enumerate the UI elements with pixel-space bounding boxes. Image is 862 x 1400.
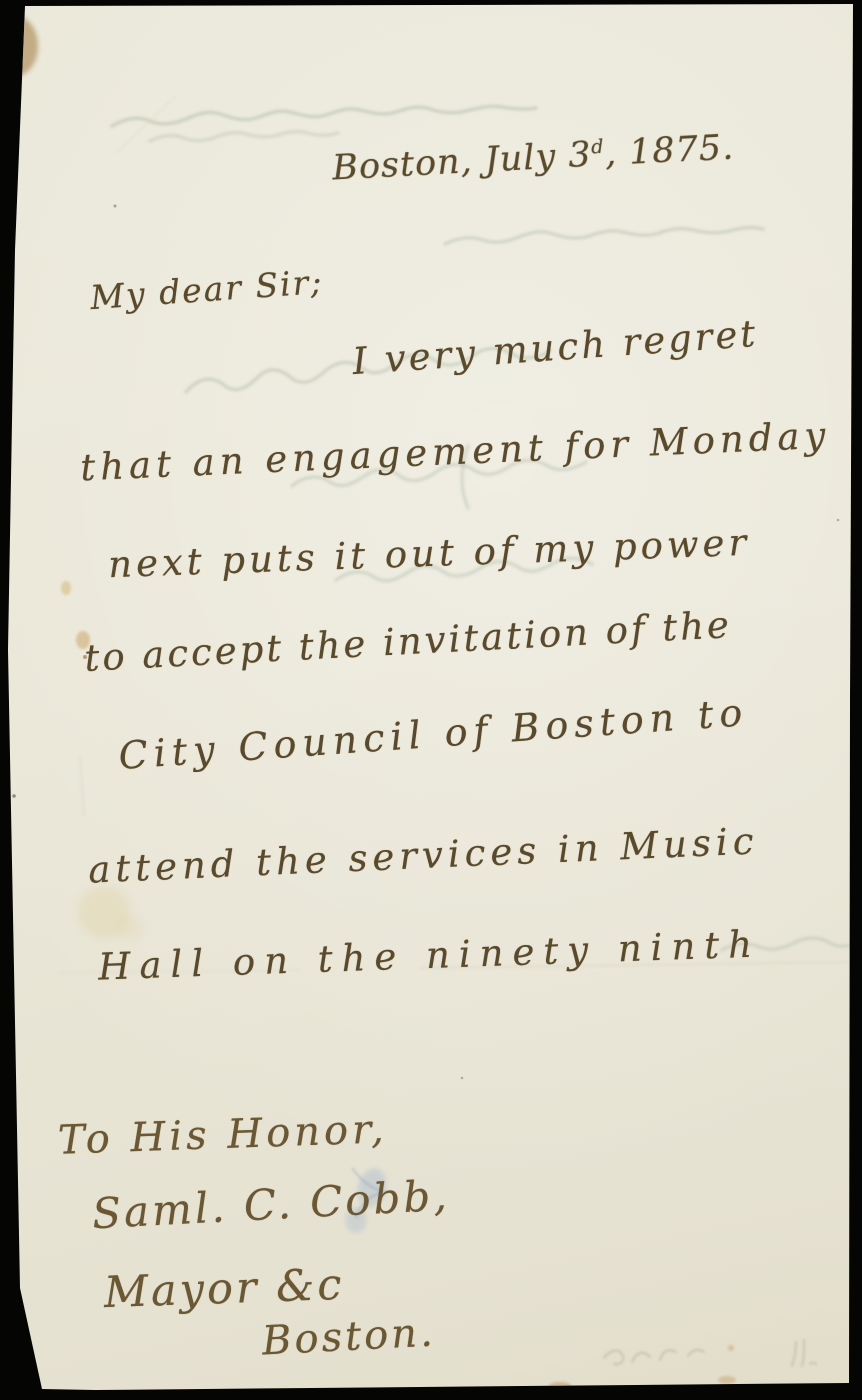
- dateline-year: , 1875.: [604, 127, 735, 174]
- letter-paper: Boston, July 3d, 1875. My dear Sir; I ve…: [0, 0, 862, 1400]
- dateline-ordinal-superscript: d: [591, 135, 606, 159]
- address-line-3: Mayor &c: [103, 1260, 345, 1318]
- address-line-4: Boston.: [261, 1309, 437, 1364]
- scanned-letter-image: Boston, July 3d, 1875. My dear Sir; I ve…: [0, 0, 862, 1400]
- pencil-marks: [604, 1340, 816, 1366]
